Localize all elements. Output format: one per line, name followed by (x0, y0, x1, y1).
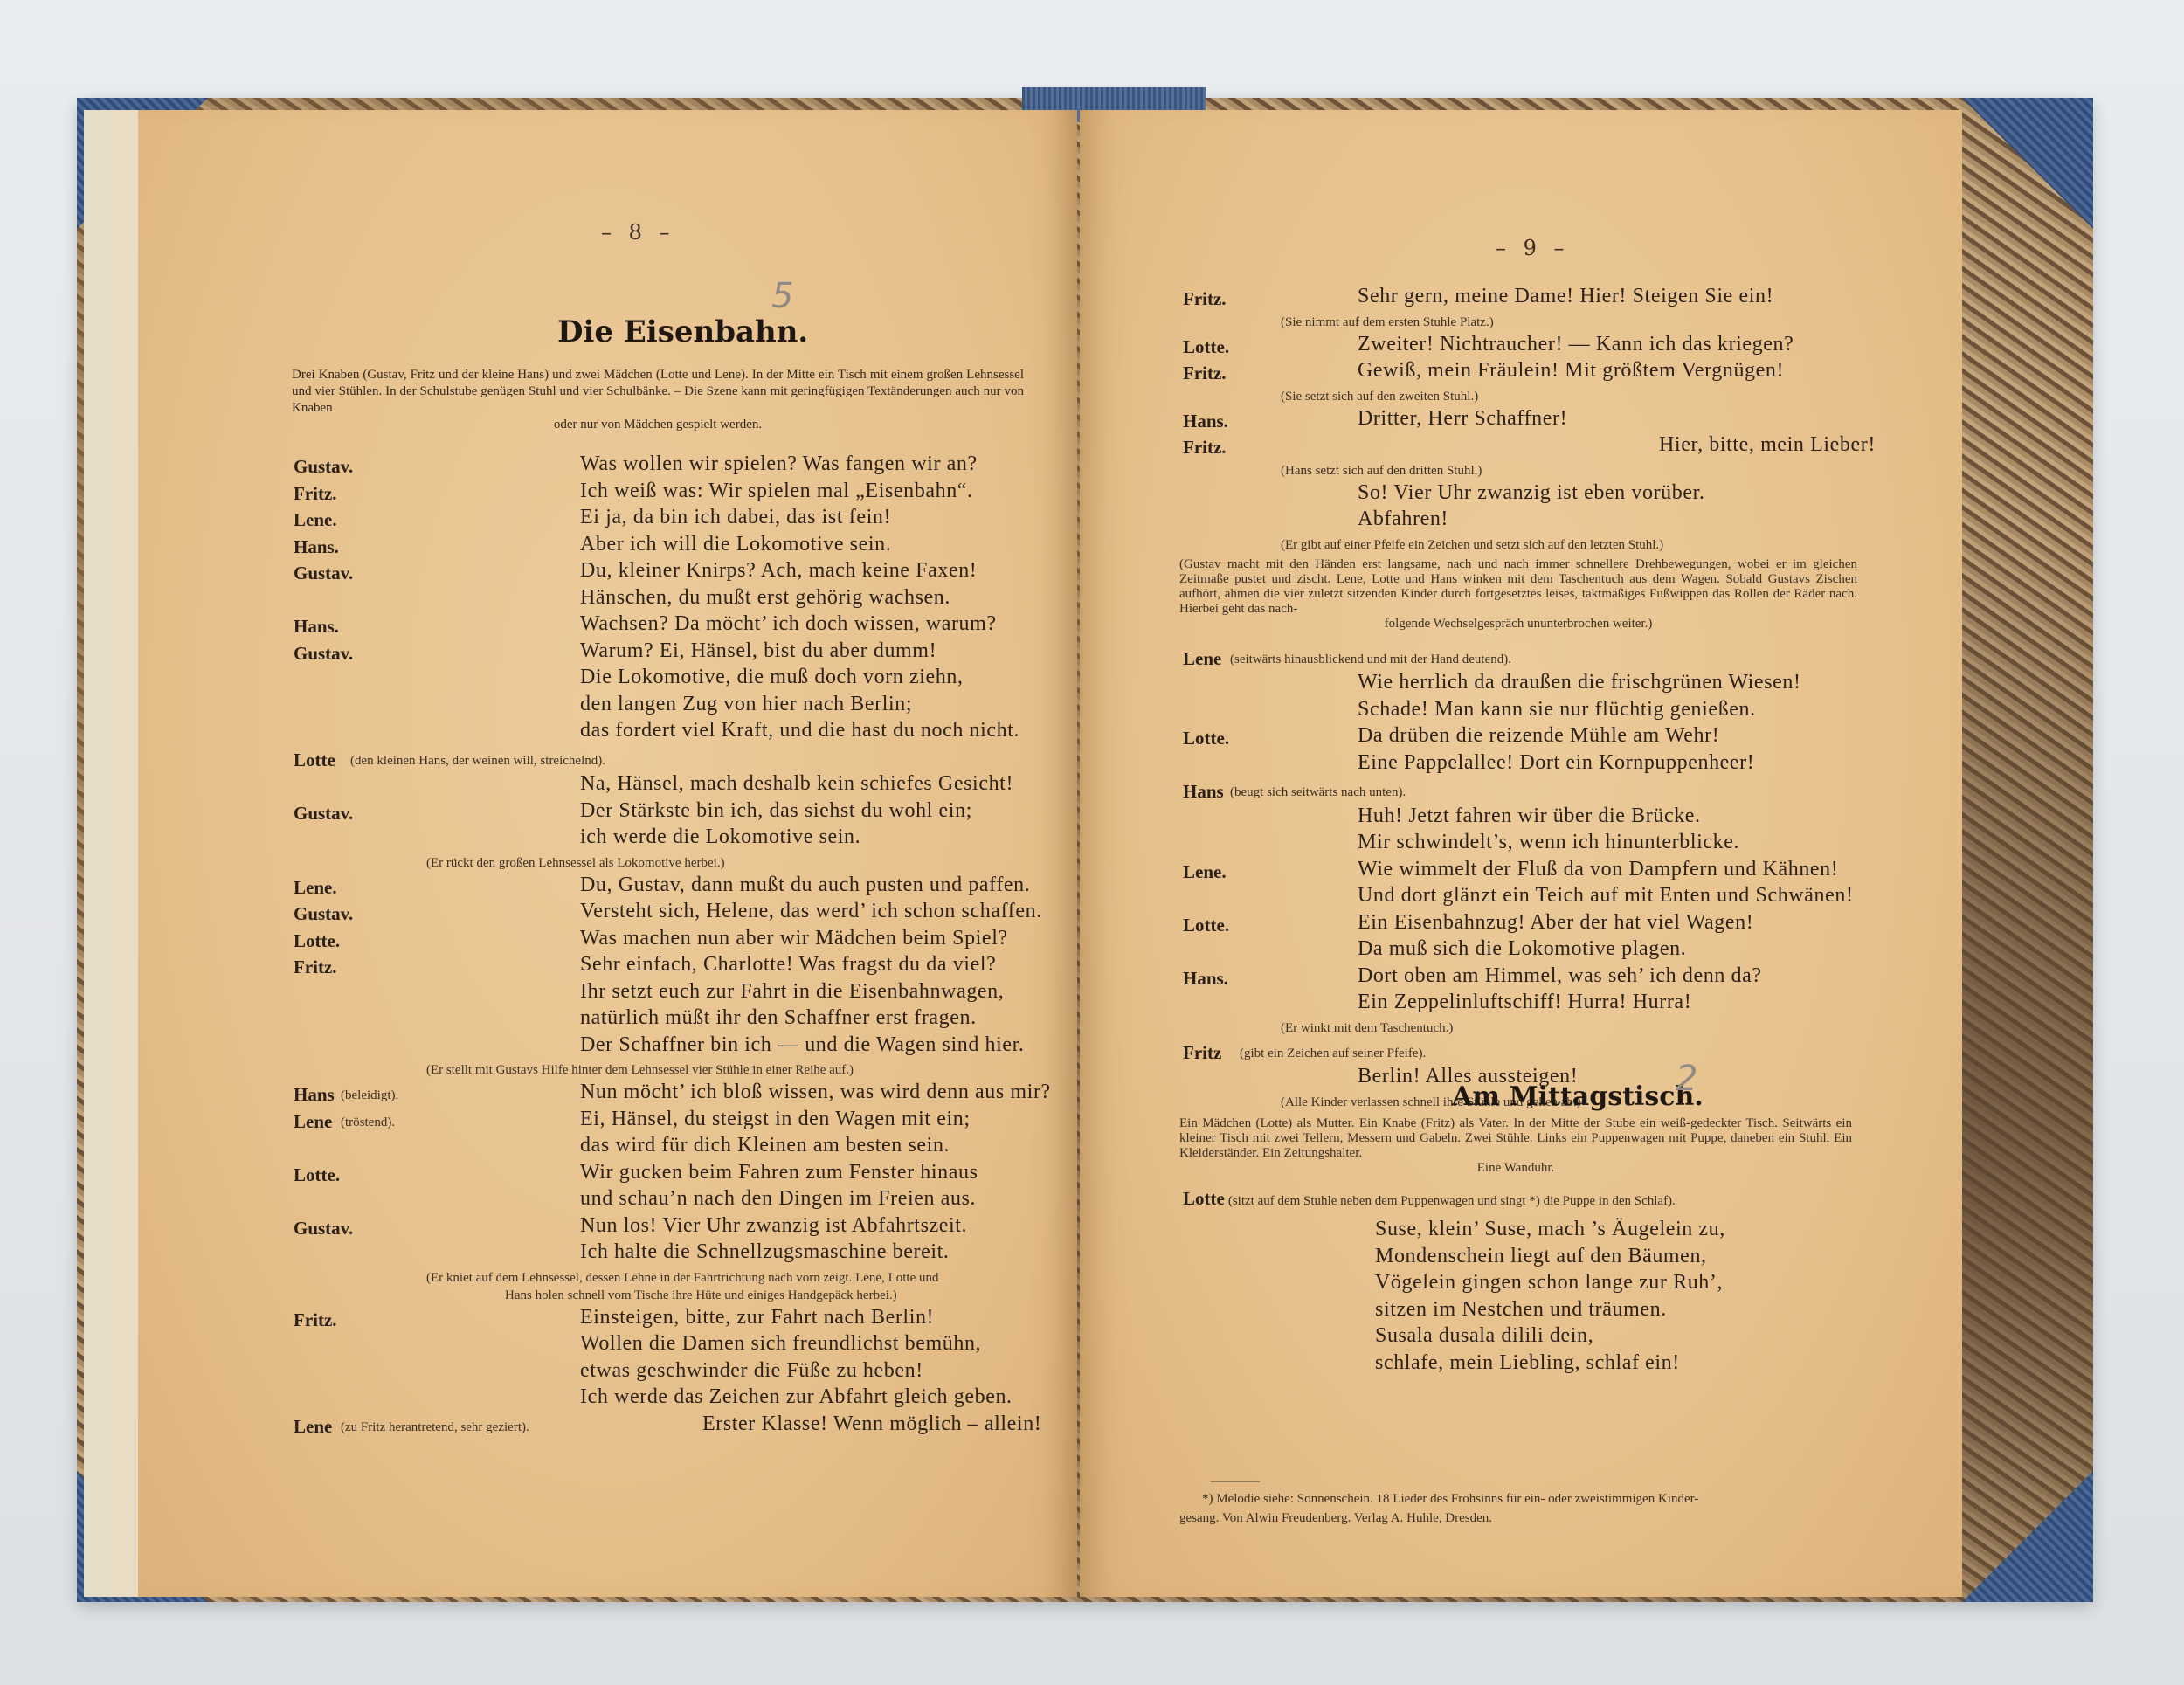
dialogue-line: etwas geschwinder die Füße zu heben! (294, 1359, 1062, 1385)
dialogue-line: So! Vier Uhr zwanzig ist eben vorüber. (1183, 481, 1952, 508)
stage-direction: (Er kniet auf dem Lehnsessel, dessen Leh… (426, 1271, 938, 1286)
stage-direction: (Er winkt mit dem Taschentuch.) (1281, 1021, 1453, 1036)
spoken-line: Wollen die Damen sich freundlichst bemüh… (580, 1332, 981, 1356)
dialogue-line: Eine Pappelallee! Dort ein Kornpuppenhee… (1183, 751, 1952, 777)
song-line: schlafe, mein Liebling, schlaf ein! (1375, 1351, 1680, 1375)
dialogue-line: Fritz.Hier, bitte, mein Lieber! (1183, 433, 1952, 459)
dialogue-line: Lene(seitwärts hinausblickend und mit de… (1183, 645, 1952, 671)
dialogue-line: Gustav.Was wollen wir spielen? Was fange… (294, 452, 1062, 479)
speaker-name: Gustav. (294, 803, 353, 825)
dialogue-line: Hans(beleidigt).Nun möcht’ ich bloß wiss… (294, 1081, 1062, 1107)
dialogue-line: Gustav.Nun los! Vier Uhr zwanzig ist Abf… (294, 1214, 1062, 1240)
spoken-line: Sehr einfach, Charlotte! Was fragst du d… (580, 953, 996, 977)
dialogue-line: Lene.Wie wimmelt der Fluß da von Dampfer… (1183, 858, 1952, 884)
speaker-name: Lene (294, 1111, 332, 1133)
dialogue-line: Lotte.Wir gucken beim Fahren zum Fenster… (294, 1161, 1062, 1187)
spoken-line: Wie herrlich da draußen die frischgrünen… (1358, 671, 1801, 694)
footnote-rule (1211, 1481, 1260, 1482)
dialogue-line: Lotte.Da drüben die reizende Mühle am We… (1183, 724, 1952, 750)
spoken-line: Was wollen wir spielen? Was fangen wir a… (580, 452, 978, 476)
stage-direction: (zu Fritz herantretend, sehr geziert). (341, 1420, 529, 1435)
spoken-line: das fordert viel Kraft, und die hast du … (580, 719, 1019, 742)
page-number: – 8 – (601, 220, 675, 245)
speaker-name: Lotte. (1183, 336, 1229, 358)
spoken-line: Hänschen, du mußt erst gehörig wachsen. (580, 586, 950, 610)
spoken-line: Du, kleiner Knirps? Ach, mach keine Faxe… (580, 559, 977, 583)
dialogue-line: Der Schaffner bin ich — und die Wagen si… (294, 1033, 1062, 1060)
dialogue-line: Da muß sich die Lokomotive plagen. (1183, 937, 1952, 963)
spoken-line: Ich werde das Zeichen zur Abfahrt gleich… (580, 1385, 1013, 1409)
dialogue-line: Fritz.Ich weiß was: Wir spielen mal „Eis… (294, 480, 1062, 506)
stage-direction: (Sie setzt sich auf den zweiten Stuhl.) (1281, 390, 1478, 404)
stage-direction: (gibt ein Zeichen auf seiner Pfeife). (1240, 1046, 1426, 1061)
dialogue-line: Wollen die Damen sich freundlichst bemüh… (294, 1332, 1062, 1358)
stage-direction: (den kleinen Hans, der weinen will, stre… (350, 754, 605, 769)
dialogue-line: Fritz.Gewiß, mein Fräulein! Mit größtem … (1183, 359, 1952, 385)
footnote: gesang. Von Alwin Freudenberg. Verlag A.… (1179, 1508, 1492, 1529)
spoken-line: Ei ja, da bin ich dabei, das ist fein! (580, 506, 891, 529)
speaker-name: Fritz. (294, 1309, 337, 1331)
speaker-name: Lene (294, 1416, 332, 1438)
speaker-name: Lene. (294, 509, 337, 531)
spoken-line: Gewiß, mein Fräulein! Mit größtem Vergnü… (1358, 359, 1784, 383)
spoken-line: So! Vier Uhr zwanzig ist eben vorüber. (1358, 481, 1704, 505)
speaker-name: Lotte. (1183, 728, 1229, 749)
song-line: Suse, klein’ Suse, mach ’s Äugelein zu, (1375, 1218, 1725, 1241)
second-play-introduction: Ein Mädchen (Lotte) als Mutter. Ein Knab… (1179, 1116, 1852, 1176)
play-introduction: Drei Knaben (Gustav, Fritz und der klein… (292, 367, 1024, 433)
dialogue-line: Ich werde das Zeichen zur Abfahrt gleich… (294, 1385, 1062, 1412)
spoken-line: ich werde die Lokomotive sein. (580, 825, 860, 849)
spoken-line: Da drüben die reizende Mühle am Wehr! (1358, 724, 1719, 748)
spoken-line: etwas geschwinder die Füße zu heben! (580, 1359, 923, 1383)
stage-direction: (Hans setzt sich auf den dritten Stuhl.) (1281, 464, 1482, 479)
spoken-line: Warum? Ei, Hänsel, bist du aber dumm! (580, 639, 936, 663)
dialogue-line: Hans.Wachsen? Da möcht’ ich doch wissen,… (294, 612, 1062, 639)
speaker-name: Gustav. (294, 643, 353, 665)
speaker-name: Fritz. (294, 483, 337, 505)
spoken-line: Sehr gern, meine Dame! Hier! Steigen Sie… (1358, 285, 1773, 308)
right-page: – 9 – Fritz.Sehr gern, meine Dame! Hier!… (1080, 110, 1962, 1597)
spoken-line: natürlich müßt ihr den Schaffner erst fr… (580, 1006, 977, 1030)
speaker-name: Lotte. (294, 1164, 340, 1186)
stage-direction: (Er rückt den großen Lehnsessel als Loko… (426, 856, 725, 871)
song-line: sitzen im Nestchen und träumen. (1375, 1298, 1667, 1322)
spoken-line: Die Lokomotive, die muß doch vorn ziehn, (580, 666, 964, 689)
speaker-name: Fritz. (1183, 437, 1227, 459)
dialogue-line: Ich halte die Schnellzugsmaschine bereit… (294, 1240, 1062, 1267)
dialogue-line: den langen Zug von hier nach Berlin; (294, 693, 1062, 719)
spoken-line: Ein Zeppelinluftschiff! Hurra! Hurra! (1358, 991, 1691, 1014)
stage-direction: (tröstend). (341, 1115, 395, 1130)
song-line: Mondenschein liegt auf den Bäumen, (1375, 1245, 1707, 1268)
dialogue-line: Gustav.Warum? Ei, Hänsel, bist du aber d… (294, 639, 1062, 666)
dialogue-line: ich werde die Lokomotive sein. (294, 825, 1062, 852)
dialogue-line: und schau’n nach den Dingen im Freien au… (294, 1187, 1062, 1213)
dialogue-line: Schade! Man kann sie nur flüchtig genieß… (1183, 698, 1952, 724)
speaker-name: Hans. (1183, 968, 1228, 990)
stage-direction-text: (Gustav macht mit den Händen erst langsa… (1179, 557, 1857, 616)
spoken-line: Abfahren! (1358, 508, 1448, 531)
page-number: – 9 – (1496, 236, 1570, 260)
dialogue-line: Mir schwindelt’s, wenn ich hinunterblick… (1183, 831, 1952, 857)
dialogue-line: Die Lokomotive, die muß doch vorn ziehn, (294, 666, 1062, 692)
dialogue-line: Na, Hänsel, mach deshalb kein schiefes G… (294, 772, 1062, 798)
spoken-line: Hier, bitte, mein Lieber! (1659, 433, 1876, 457)
spoken-line: Ei, Hänsel, du steigst in den Wagen mit … (580, 1108, 971, 1131)
speaker-name: Lotte. (294, 930, 340, 952)
speaker-name: Lene. (1183, 861, 1227, 883)
dialogue-line: Hans.Dort oben am Himmel, was seh’ ich d… (1183, 964, 1952, 991)
speaker-name: Fritz (1183, 1042, 1221, 1064)
dialogue-line: Fritz.Sehr gern, meine Dame! Hier! Steig… (1183, 285, 1952, 311)
dialogue-line: Fritz.Sehr einfach, Charlotte! Was frags… (294, 953, 1062, 979)
dialogue-line: Fritz.Einsteigen, bitte, zur Fahrt nach … (294, 1306, 1062, 1332)
dialogue-line: Ihr setzt euch zur Fahrt in die Eisenbah… (294, 980, 1062, 1006)
speaker-name: Gustav. (294, 903, 353, 925)
speaker-name: Fritz. (294, 956, 337, 978)
spoken-line: das wird für dich Kleinen am besten sein… (580, 1134, 950, 1157)
stage-direction: (beugt sich seitwärts nach unten). (1230, 785, 1406, 800)
dialogue-line: das wird für dich Kleinen am besten sein… (294, 1134, 1062, 1160)
spoken-line: Wachsen? Da möcht’ ich doch wissen, waru… (580, 612, 997, 636)
spoken-line: Erster Klasse! Wenn möglich – allein! (702, 1412, 1041, 1436)
stage-direction: (beleidigt). (341, 1088, 398, 1103)
spoken-line: Ich halte die Schnellzugsmaschine bereit… (580, 1240, 949, 1264)
spoken-line: Du, Gustav, dann mußt du auch pusten und… (580, 874, 1030, 897)
speaker-name: Lotte (294, 749, 335, 771)
dialogue-line: Abfahren! (1183, 508, 1952, 534)
dialogue-line: Hans.Aber ich will die Lokomotive sein. (294, 533, 1062, 559)
spoken-line: Eine Pappelallee! Dort ein Kornpuppenhee… (1358, 751, 1754, 775)
dialogue-line: Lotte.Was machen nun aber wir Mädchen be… (294, 927, 1062, 953)
dialogue-line: Hans.Dritter, Herr Schaffner! (1183, 407, 1952, 433)
spoken-line: Huh! Jetzt fahren wir über die Brücke. (1358, 805, 1701, 828)
dialogue-line: natürlich müßt ihr den Schaffner erst fr… (294, 1006, 1062, 1032)
stage-direction: (seitwärts hinausblickend und mit der Ha… (1230, 653, 1511, 667)
dialogue-line: Hänschen, du mußt erst gehörig wachsen. (294, 586, 1062, 612)
dialogue-line: Lotte.Zweiter! Nichtraucher! — Kann ich … (1183, 333, 1952, 359)
dialogue-line: Huh! Jetzt fahren wir über die Brücke. (1183, 805, 1952, 831)
play-title: Die Eisenbahn. (557, 314, 808, 349)
second-play-title: Am Mittagstisch. (1452, 1081, 1704, 1112)
speaker-name: Gustav. (294, 1218, 353, 1240)
dialogue-line: Lene(tröstend).Ei, Hänsel, du steigst in… (294, 1108, 1062, 1134)
speaker-name: Lene (1183, 648, 1221, 670)
dialogue-line: Lotte(den kleinen Hans, der weinen will,… (294, 746, 1062, 772)
spoken-line: Zweiter! Nichtraucher! — Kann ich das kr… (1358, 333, 1794, 356)
speaker-name: Hans. (294, 536, 339, 558)
spoken-line: Was machen nun aber wir Mädchen beim Spi… (580, 927, 1008, 950)
song-line: Vögelein gingen schon lange zur Ruh’, (1375, 1271, 1723, 1295)
dialogue-line: Lene.Ei ja, da bin ich dabei, das ist fe… (294, 506, 1062, 532)
speaker-name: Gustav. (294, 563, 353, 584)
speaker-name: Hans (1183, 781, 1224, 803)
spoken-line: Wir gucken beim Fahren zum Fenster hinau… (580, 1161, 978, 1184)
dialogue-line: Fritz(gibt ein Zeichen auf seiner Pfeife… (1183, 1039, 1952, 1065)
spoken-line: und schau’n nach den Dingen im Freien au… (580, 1187, 976, 1211)
pencil-note: 5 (771, 276, 793, 316)
speaker-name: Hans. (1183, 411, 1228, 432)
speaker-name: Lotte (1183, 1188, 1225, 1209)
speaker-name: Hans. (294, 616, 339, 638)
stage-direction: (sitzt auf dem Stuhle neben dem Puppenwa… (1228, 1194, 1676, 1208)
speaker-name: Lotte. (1183, 915, 1229, 936)
spoken-line: Wie wimmelt der Fluß da von Dampfern und… (1358, 858, 1838, 881)
spoken-line: Nun möcht’ ich bloß wissen, was wird den… (580, 1081, 1051, 1104)
spoken-line: Und dort glänzt ein Teich auf mit Enten … (1358, 884, 1854, 908)
pencil-note: 2 (1676, 1059, 1697, 1099)
stage-direction: (Er stellt mit Gustavs Hilfe hinter dem … (426, 1063, 854, 1078)
spoken-line: Der Schaffner bin ich — und die Wagen si… (580, 1033, 1025, 1057)
spoken-line: Ihr setzt euch zur Fahrt in die Eisenbah… (580, 980, 1004, 1004)
dialogue-line: Gustav.Du, kleiner Knirps? Ach, mach kei… (294, 559, 1062, 585)
spoken-line: Nun los! Vier Uhr zwanzig ist Abfahrtsze… (580, 1214, 967, 1238)
spoken-line: Na, Hänsel, mach deshalb kein schiefes G… (580, 772, 1013, 796)
spoken-line: Mir schwindelt’s, wenn ich hinunterblick… (1358, 831, 1739, 854)
speaker-name: Fritz. (1183, 363, 1227, 384)
song-line: Susala dusala dilili dein, (1375, 1324, 1593, 1348)
speaker-name: Hans (294, 1084, 335, 1106)
stage-direction-text: folgende Wechselgespräch ununterbrochen … (1179, 617, 1857, 632)
left-page: – 8 – Die Eisenbahn. 5 Drei Knaben (Gust… (138, 110, 1077, 1597)
dialogue-line: Und dort glänzt ein Teich auf mit Enten … (1183, 884, 1952, 910)
dialogue-line: Ein Zeppelinluftschiff! Hurra! Hurra! (1183, 991, 1952, 1017)
dialogue-line: Gustav.Der Stärkste bin ich, das siehst … (294, 799, 1062, 825)
stage-direction-block: (Gustav macht mit den Händen erst langsa… (1179, 557, 1857, 632)
spoken-line: Dritter, Herr Schaffner! (1358, 407, 1567, 431)
speaker-name: Gustav. (294, 456, 353, 478)
dialogue-line: Hans(beugt sich seitwärts nach unten). (1183, 777, 1952, 804)
spoken-line: Der Stärkste bin ich, das siehst du wohl… (580, 799, 972, 823)
spoken-line: Ich weiß was: Wir spielen mal „Eisenbahn… (580, 480, 973, 503)
spoken-line: den langen Zug von hier nach Berlin; (580, 693, 912, 716)
footnote: *) Melodie siehe: Sonnenschein. 18 Liede… (1202, 1488, 1698, 1509)
dialogue-line: Gustav.Versteht sich, Helene, das werd’ … (294, 900, 1062, 926)
dialogue-line: Lene.Du, Gustav, dann mußt du auch puste… (294, 874, 1062, 900)
speaker-name: Lene. (294, 877, 337, 899)
stage-direction: (Sie nimmt auf dem ersten Stuhle Platz.) (1281, 315, 1494, 330)
spoken-line: Da muß sich die Lokomotive plagen. (1358, 937, 1686, 961)
speaker-name: Fritz. (1183, 288, 1227, 310)
dialogue-line: Lotte.Ein Eisenbahnzug! Aber der hat vie… (1183, 911, 1952, 937)
spoken-line: Schade! Man kann sie nur flüchtig genieß… (1358, 698, 1756, 722)
stage-direction: (Er gibt auf einer Pfeife ein Zeichen un… (1281, 538, 1663, 553)
spoken-line: Ein Eisenbahnzug! Aber der hat viel Wage… (1358, 911, 1753, 935)
dialogue-line: Lene(zu Fritz herantretend, sehr geziert… (294, 1412, 1062, 1439)
spoken-line: Dort oben am Himmel, was seh’ ich denn d… (1358, 964, 1762, 988)
dialogue-line: das fordert viel Kraft, und die hast du … (294, 719, 1062, 745)
spoken-line: Versteht sich, Helene, das werd’ ich sch… (580, 900, 1042, 923)
stage-cue: Lotte (sitzt auf dem Stuhle neben dem Pu… (1183, 1188, 1676, 1210)
spoken-line: Aber ich will die Lokomotive sein. (580, 533, 891, 556)
stage-direction: Hans holen schnell vom Tische ihre Hüte … (505, 1288, 897, 1303)
spoken-line: Einsteigen, bitte, zur Fahrt nach Berlin… (580, 1306, 934, 1329)
dialogue-line: Wie herrlich da draußen die frischgrünen… (1183, 671, 1952, 697)
